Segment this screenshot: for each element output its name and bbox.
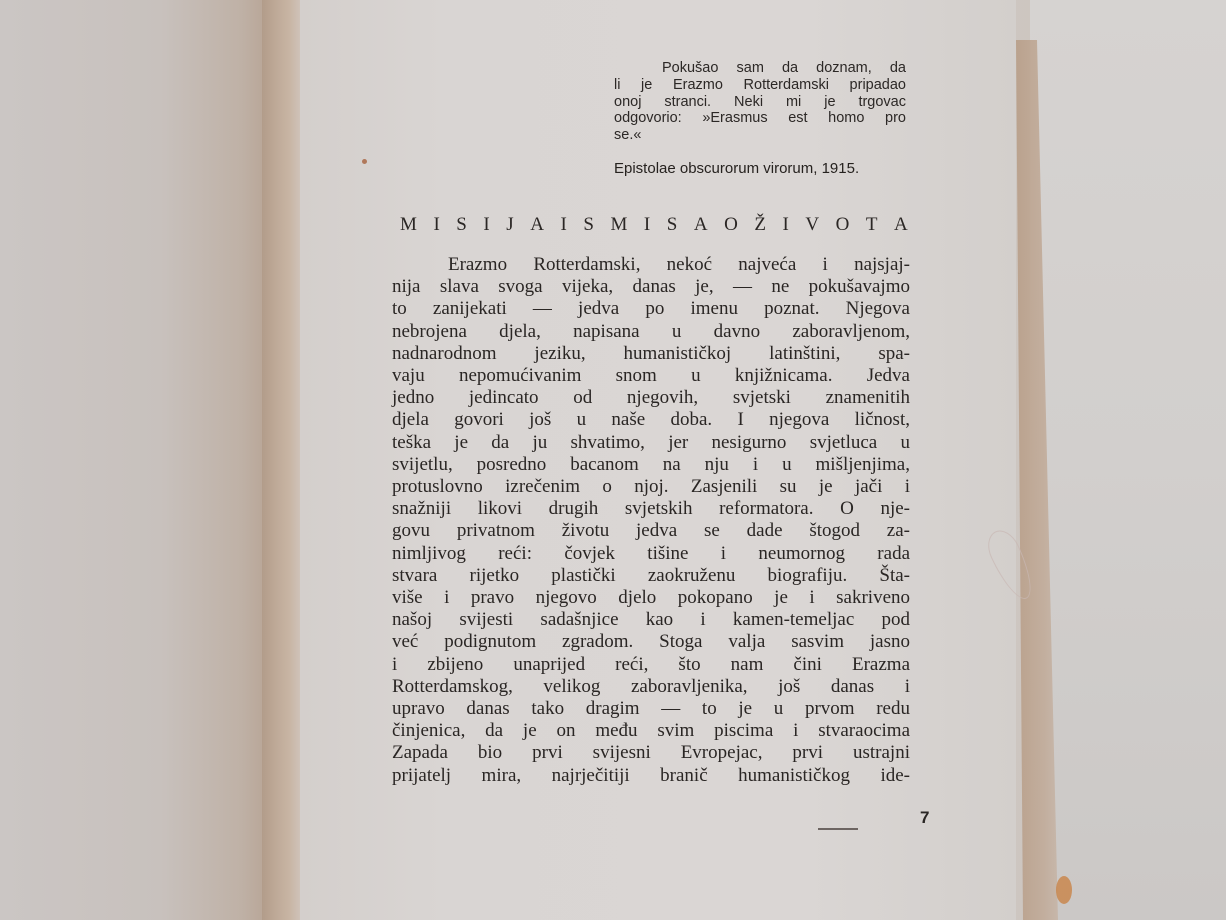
body-line: Erazmo Rotterdamski, nekoć najveća i naj…: [392, 254, 910, 276]
title-letter: S: [456, 214, 467, 236]
body-line: govu privatnom životu jedva se dade štog…: [392, 520, 910, 542]
epigraph-line: se.«: [614, 127, 906, 144]
title-letter: I: [483, 214, 489, 236]
title-letter: I: [783, 214, 789, 236]
title-letter: Ž: [754, 214, 766, 236]
title-letter: V: [805, 214, 819, 236]
body-line: nimljivog reći: čovjek tišine i neumorno…: [392, 543, 910, 565]
body-paragraph: Erazmo Rotterdamski, nekoć najveća i naj…: [392, 254, 910, 787]
book-photo: Pokušao sam da doznam, da li je Erazmo R…: [0, 0, 1226, 920]
body-line: prijatelj mira, najrječitiji branič huma…: [392, 765, 910, 787]
title-letter: T: [866, 214, 878, 236]
epigraph-source: Epistolae obscurorum virorum, 1915.: [614, 160, 859, 177]
epigraph-line: onoj stranci. Neki mi je trgovac: [614, 94, 906, 111]
body-line: snažniji likovi drugih svjetskih reforma…: [392, 498, 910, 520]
body-line: vaju nepomućivanim snom u knjižnicama. J…: [392, 365, 910, 387]
body-line: više i pravo njegovo djelo pokopano je i…: [392, 587, 910, 609]
title-letter: S: [583, 214, 594, 236]
title-letter: J: [506, 214, 513, 236]
title-letter: O: [836, 214, 850, 236]
page-number: 7: [920, 808, 929, 828]
body-line: činjenica, da je on među svim piscima i …: [392, 720, 910, 742]
chapter-title: M I S I J A I S M I S A O Ž I V O T A: [400, 214, 908, 236]
background-surface: [1030, 0, 1226, 920]
title-letter: A: [530, 214, 544, 236]
title-letter: M: [400, 214, 417, 236]
body-line: svijetlu, posredno bacanom na nju i u mi…: [392, 454, 910, 476]
title-letter: S: [667, 214, 678, 236]
body-line: protuslovno izrečenim o njoj. Zasjenili …: [392, 476, 910, 498]
body-line: upravo danas tako dragim — to je u prvom…: [392, 698, 910, 720]
left-page-blank: [0, 0, 268, 920]
body-line: nadnarodnom jeziku, humanističkoj latinš…: [392, 343, 910, 365]
body-line: već podignutom zgradom. Stoga valja sasv…: [392, 631, 910, 653]
body-line: teška je da ju shvatimo, jer nesigurno s…: [392, 432, 910, 454]
title-letter: I: [433, 214, 439, 236]
title-letter: A: [894, 214, 908, 236]
epigraph-line: odgovorio: »Erasmus est homo pro: [614, 110, 906, 127]
epigraph-line: Pokušao sam da doznam, da: [614, 60, 906, 77]
paper-stain-dot: [362, 159, 367, 164]
edge-stain: [1056, 876, 1072, 904]
epigraph-line: li je Erazmo Rotterdamski pripadao: [614, 77, 906, 94]
body-line: našoj svijesti sadašnjice kao i kamen-te…: [392, 609, 910, 631]
title-letter: M: [610, 214, 627, 236]
epigraph-quote: Pokušao sam da doznam, da li je Erazmo R…: [614, 60, 906, 144]
body-line: jedno jedincato od njegovih, svjetski zn…: [392, 387, 910, 409]
body-line: djela govori još u naše doba. I njegova …: [392, 409, 910, 431]
title-letter: A: [694, 214, 708, 236]
body-line: stvara rijetko plastički zaokruženu biog…: [392, 565, 910, 587]
body-line: nebrojena djela, napisana u davno zabora…: [392, 321, 910, 343]
page-footer: 7: [816, 806, 936, 836]
body-line: to zanijekati — jedva po imenu poznat. N…: [392, 298, 910, 320]
body-line: Zapada bio prvi svijesni Evropejac, prvi…: [392, 742, 910, 764]
footer-rule: [818, 828, 858, 830]
body-line: Rotterdamskog, velikog zaboravljenika, j…: [392, 676, 910, 698]
title-letter: I: [560, 214, 566, 236]
body-line: nija slava svoga vijeka, danas je, — ne …: [392, 276, 910, 298]
title-letter: I: [644, 214, 650, 236]
title-letter: O: [724, 214, 738, 236]
body-line: i zbijeno unaprijed reći, što nam čini E…: [392, 654, 910, 676]
